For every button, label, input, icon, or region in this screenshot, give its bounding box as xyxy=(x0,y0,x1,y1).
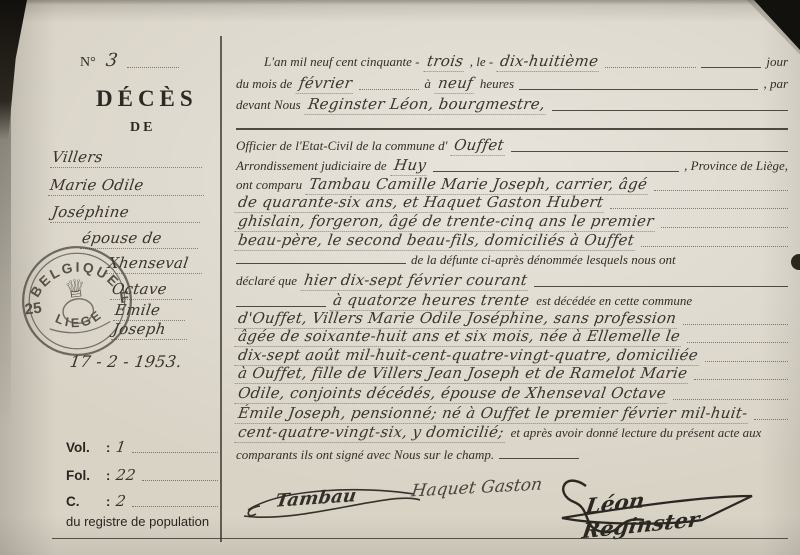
handwritten-text: beau-père, le second beau-fils, domicili… xyxy=(235,231,638,251)
margin-name-text: Joséphine xyxy=(49,203,133,222)
printed-text: devant Nous xyxy=(236,97,301,113)
handwritten-text: à Ouffet, fille de Villers Jean Joseph e… xyxy=(235,364,691,384)
death-certificate-page: N° 3 DÉCÈS DE Villers Marie Odile Joséph… xyxy=(0,0,800,555)
handwritten-text: hier dix-sept février courant xyxy=(301,271,531,291)
margin-name-line: Joséphine xyxy=(50,203,200,223)
printed-text: L'an mil neuf cent cinquante - xyxy=(236,54,420,70)
body-line: beau-père, le second beau-fils, domicili… xyxy=(236,231,788,251)
body-line: devant Nous Reginster Léon, bourgmestre, xyxy=(236,95,788,115)
act-number-row: N° 3 xyxy=(80,50,190,72)
body-line: L'an mil neuf cent cinquante - trois , l… xyxy=(236,52,788,72)
handwritten-text: dix-huitième xyxy=(497,52,602,72)
solid-leader xyxy=(511,151,788,152)
solid-leader xyxy=(499,458,579,459)
handwritten-text: ghislain, forgeron, âgé de trente-cinq a… xyxy=(235,212,657,232)
body-line: de quarante-six ans, et Haquet Gaston Hu… xyxy=(236,193,788,213)
printed-text: du mois de xyxy=(236,76,292,92)
printed-text: et après avoir donné lecture du présent … xyxy=(511,425,762,441)
dotted-leader xyxy=(654,190,788,191)
margin-name-text: Villers xyxy=(49,148,106,167)
dotted-leader xyxy=(359,89,419,90)
dotted-leader xyxy=(694,379,788,380)
dotted-leader xyxy=(683,324,788,325)
printed-text: jour xyxy=(766,54,788,70)
printed-text: de la défunte ci-après dénommée lesquels… xyxy=(411,252,676,268)
scan-right-nick xyxy=(791,254,800,270)
solid-leader xyxy=(236,306,326,307)
act-number-label: N° xyxy=(80,55,96,71)
margin-separator-rule xyxy=(220,36,222,542)
body-line: Officier de l'Etat-Civil de la commune d… xyxy=(236,136,788,156)
printed-text: heures xyxy=(480,76,514,92)
dotted-leader xyxy=(132,451,218,453)
svg-text:LIEGE: LIEGE xyxy=(52,306,107,333)
signature-officer: Léon Reginster xyxy=(552,468,764,540)
book-binding-edge xyxy=(0,0,27,140)
margin-name-line: Villers xyxy=(50,148,202,168)
ref-colon: : xyxy=(106,440,110,455)
body-line: déclaré que hier dix-sept février couran… xyxy=(236,271,788,291)
ref-colon: : xyxy=(106,468,110,483)
handwritten-text: Odile, conjoints décédés, épouse de Xhen… xyxy=(235,384,670,404)
printed-text: déclaré que xyxy=(236,273,297,289)
handwritten-text: cent-quatre-vingt-six, y domicilié; xyxy=(235,423,507,443)
body-line: cent-quatre-vingt-six, y domicilié; et a… xyxy=(236,423,788,443)
register-ref-row: C. : 2 xyxy=(66,492,218,511)
dotted-leader xyxy=(142,479,218,481)
printed-text: à xyxy=(424,76,431,92)
printed-text: ont comparu xyxy=(236,177,302,193)
printed-text: , par xyxy=(763,76,788,92)
handwritten-text: à quatorze heures trente xyxy=(330,291,533,311)
body-line: comparants ils ont signé avec Nous sur l… xyxy=(236,447,788,463)
printed-text: , le - xyxy=(470,54,493,70)
stamp-value-right: F xyxy=(119,289,130,307)
dotted-leader xyxy=(705,361,788,362)
body-line: dix-sept août mil-huit-cent-quatre-vingt… xyxy=(236,346,788,366)
handwritten-text: Reginster Léon, bourgmestre, xyxy=(304,95,548,115)
ref-label: C. xyxy=(66,494,102,509)
handwritten-text: d'Ouffet, Villers Marie Odile Joséphine,… xyxy=(235,309,680,329)
ref-value: 2 xyxy=(113,492,130,511)
handwritten-text: Ouffet xyxy=(451,136,508,156)
body-line: ghislain, forgeron, âgé de trente-cinq a… xyxy=(236,212,788,232)
handwritten-text: de quarante-six ans, et Haquet Gaston Hu… xyxy=(235,193,607,213)
handwritten-text: Tambau Camille Marie Joseph, carrier, âg… xyxy=(306,175,651,195)
solid-leader xyxy=(701,67,761,68)
printed-text: , Province de Liège, xyxy=(684,158,788,174)
handwritten-text: neuf xyxy=(434,74,476,94)
ref-value: 1 xyxy=(113,438,130,457)
dotted-leader xyxy=(687,342,788,343)
printed-text: Arrondissement judiciaire de xyxy=(236,158,387,174)
scan-top-edge xyxy=(0,0,800,5)
printed-text: Officier de l'Etat-Civil de la commune d… xyxy=(236,138,447,154)
register-ref-row: Fol. : 22 xyxy=(66,466,218,485)
signature-text: Haquet Gaston xyxy=(410,475,543,502)
body-line: âgée de soixante-huit ans et six mois, n… xyxy=(236,327,788,347)
dotted-leader xyxy=(605,67,696,68)
margin-name-line: Marie Odile xyxy=(48,176,204,196)
signature-declarant-2: Haquet Gaston xyxy=(412,478,542,498)
register-ref-row: Vol. : 1 xyxy=(66,438,218,457)
body-line: Arrondissement judiciaire de Huy , Provi… xyxy=(236,156,788,176)
handwritten-text: dix-sept août mil-huit-cent-quatre-vingt… xyxy=(235,346,702,366)
ref-value: 22 xyxy=(113,466,139,485)
ref-label: Fol. xyxy=(66,468,102,483)
page-subtitle: DE xyxy=(130,120,155,136)
body-line: de la défunte ci-après dénommée lesquels… xyxy=(236,252,788,268)
dotted-leader xyxy=(610,208,788,209)
dotted-leader xyxy=(132,505,218,507)
handwritten-text: trois xyxy=(423,52,466,72)
dotted-leader xyxy=(661,227,788,228)
stamp-city-text: LIEGE xyxy=(52,306,107,333)
solid-leader xyxy=(236,263,406,264)
solid-leader xyxy=(552,110,788,111)
printed-text: comparants ils ont signé avec Nous sur l… xyxy=(236,447,494,463)
ref-colon: : xyxy=(106,494,110,509)
body-line: Odile, conjoints décédés, épouse de Xhen… xyxy=(236,384,788,404)
body-line: à quatorze heures trente est décédée en … xyxy=(236,291,788,311)
handwritten-text: Huy xyxy=(390,156,429,176)
solid-leader xyxy=(519,89,758,90)
handwritten-text: février xyxy=(296,74,356,94)
margin-name-text: Marie Odile xyxy=(47,176,147,195)
act-number-value: 3 xyxy=(102,50,121,72)
section-divider-rule xyxy=(236,128,788,130)
handwritten-text: âgée de soixante-huit ans et six mois, n… xyxy=(235,327,684,347)
belgique-liege-stamp: BELGIQUE LIEGE 25 F ♕ xyxy=(9,233,145,369)
dotted-leader xyxy=(754,419,788,420)
page-bottom-rule xyxy=(52,538,788,539)
handwritten-text: Émile Joseph, pensionné; né à Ouffet le … xyxy=(235,404,751,424)
page-title: DÉCÈS xyxy=(96,86,198,112)
body-line: Émile Joseph, pensionné; né à Ouffet le … xyxy=(236,404,788,424)
body-line: d'Ouffet, Villers Marie Odile Joséphine,… xyxy=(236,309,788,329)
register-caption: du registre de population xyxy=(66,514,209,529)
solid-leader xyxy=(534,286,788,287)
body-line: du mois de février à neuf heures , par xyxy=(236,74,788,94)
stamp-value-left: 25 xyxy=(24,299,43,318)
body-line: ont comparu Tambau Camille Marie Joseph,… xyxy=(236,175,788,195)
dotted-leader xyxy=(673,399,788,400)
signature-declarant-1: Tambau xyxy=(242,480,427,526)
ref-label: Vol. xyxy=(66,440,102,455)
solid-leader xyxy=(433,171,679,172)
body-line: à Ouffet, fille de Villers Jean Joseph e… xyxy=(236,364,788,384)
printed-text: est décédée en cette commune xyxy=(536,293,692,309)
dotted-leader xyxy=(641,246,788,247)
dotted-leader xyxy=(127,66,179,68)
